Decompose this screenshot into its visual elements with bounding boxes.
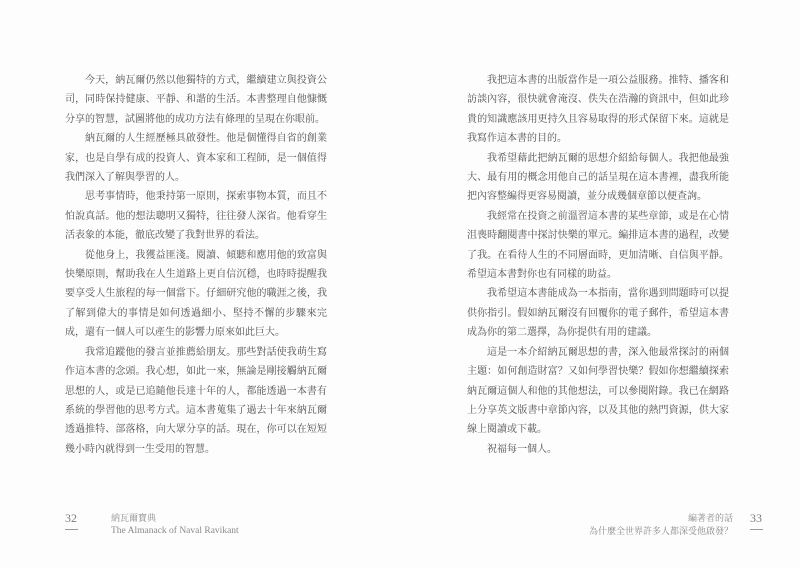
left-page-text-column: 今天，納瓦爾仍然以他獨特的方式，繼續建立與投資公司，同時保持健康、平靜、和諧的生… xyxy=(65,71,327,459)
chapter-title-block: 編著者的話 為什麼全世界許多人都深受他啟發？ xyxy=(589,511,733,538)
left-page-number: 32 xyxy=(65,511,77,525)
book-title-en: The Almanack of Naval Ravikant xyxy=(111,525,239,538)
chapter-title: 為什麼全世界許多人都深受他啟發？ xyxy=(589,525,733,538)
left-paragraph-2: 納瓦爾的人生經歷極具啟發性。他是個懂得自省的創業家，也是自學有成的投資人、資本家… xyxy=(65,129,327,187)
book-spread: 今天，納瓦爾仍然以他獨特的方式，繼續建立與投資公司，同時保持健康、平靜、和諧的生… xyxy=(0,0,800,568)
left-paragraph-4: 從他身上，我獲益匪淺。閱讀、傾聽和應用他的致富與快樂原則，幫助我在人生道路上更自… xyxy=(65,246,327,343)
right-page-number-rule xyxy=(750,529,763,530)
left-page-footer: 32 納瓦爾寶典 The Almanack of Naval Ravikant xyxy=(65,511,239,538)
right-paragraph-4: 我希望這本書能成為一本指南，當你遇到問題時可以提供你指引。假如納瓦爾沒有回覆你的… xyxy=(467,284,729,342)
right-page-footer: 編著者的話 為什麼全世界許多人都深受他啟發？ 33 xyxy=(589,511,763,538)
book-title-zh: 納瓦爾寶典 xyxy=(111,511,239,525)
left-paragraph-5: 我常追蹤他的發言並推薦給朋友。那些對話使我萌生寫作這本書的念頭。我心想，如此一來… xyxy=(65,343,327,459)
right-page-number-block: 33 xyxy=(750,511,763,530)
left-paragraph-1: 今天，納瓦爾仍然以他獨特的方式，繼續建立與投資公司，同時保持健康、平靜、和諧的生… xyxy=(65,71,327,129)
chapter-label: 編著者的話 xyxy=(589,511,733,525)
left-page-number-rule xyxy=(65,529,78,530)
left-paragraph-3: 思考事情時，他秉持第一原則，探索事物本質，而且不怕說真話。他的想法聰明又獨特，往… xyxy=(65,187,327,245)
book-title-block: 納瓦爾寶典 The Almanack of Naval Ravikant xyxy=(111,511,239,538)
right-paragraph-6: 祝福每一個人。 xyxy=(467,440,729,459)
right-paragraph-3: 我經常在投資之前溫習這本書的某些章節，或是在心情沮喪時翻閱書中探討快樂的單元。編… xyxy=(467,207,729,285)
right-page-number: 33 xyxy=(750,511,762,525)
right-page-text-column: 我把這本書的出版當作是一項公益服務。推特、播客和訪談內容，很快就會淹沒、佚失在浩… xyxy=(467,71,729,459)
right-paragraph-5: 這是一本介紹納瓦爾思想的書，深入他最常探討的兩個主題：如何創造財富？又如何學習快… xyxy=(467,343,729,440)
left-page-number-block: 32 xyxy=(65,511,78,530)
right-paragraph-2: 我希望藉此把納瓦爾的思想介紹給每個人。我把他最強大、最有用的概念用他自己的話呈現… xyxy=(467,149,729,207)
right-paragraph-1: 我把這本書的出版當作是一項公益服務。推特、播客和訪談內容，很快就會淹沒、佚失在浩… xyxy=(467,71,729,149)
